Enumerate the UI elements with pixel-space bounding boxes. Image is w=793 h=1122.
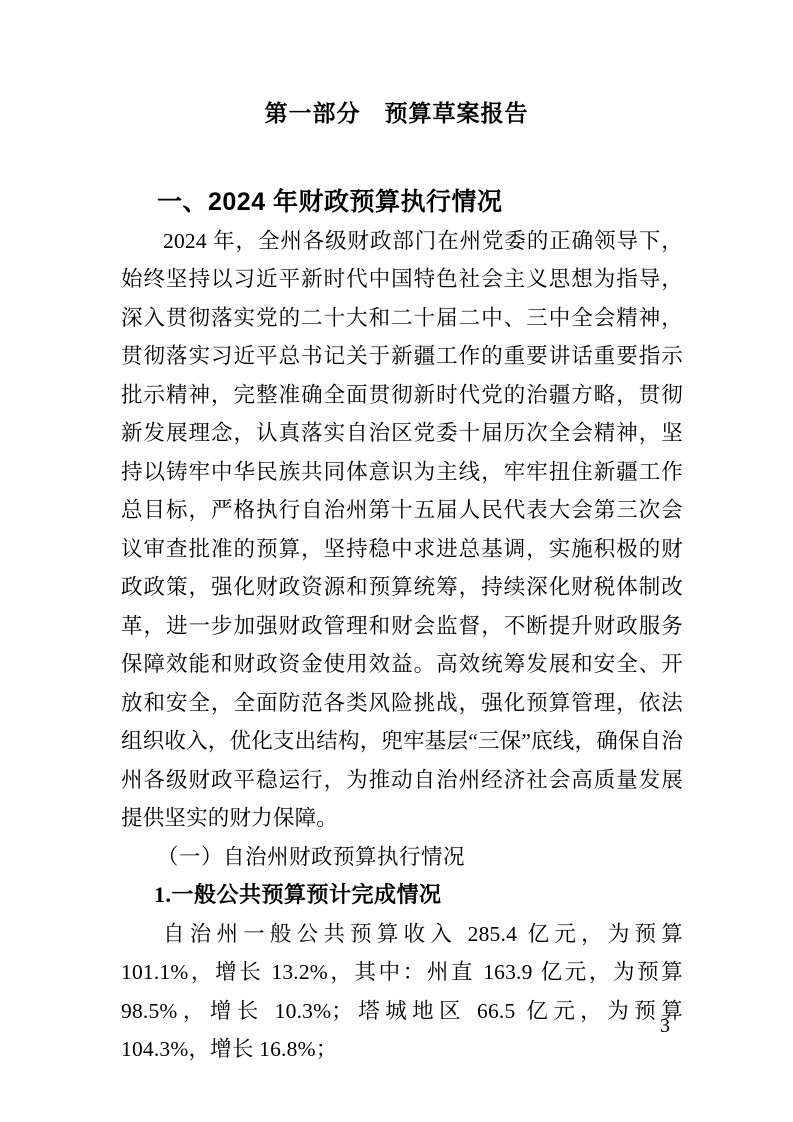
section-heading: 一、2024 年财政预算执行情况 [121, 183, 683, 222]
document-page: 第一部分 预算草案报告 一、2024 年财政预算执行情况 2024 年，全州各级… [0, 0, 793, 1122]
subsection-heading: （一）自治州财政预算执行情况 [121, 838, 683, 877]
numbered-heading: 1.一般公共预算预计完成情况 [121, 876, 683, 915]
document-body: 一、2024 年财政预算执行情况 2024 年，全州各级财政部门在州党委的正确领… [121, 183, 683, 1069]
document-title: 第一部分 预算草案报告 [0, 97, 793, 129]
page-number: 3 [660, 1013, 670, 1039]
paragraph-budget-execution-overview: 2024 年，全州各级财政部门在州党委的正确领导下，始终坚持以习近平新时代中国特… [121, 222, 683, 838]
paragraph-revenue-figures: 自治州一般公共预算收入 285.4 亿元，为预算 101.1%，增长 13.2%… [121, 915, 683, 1069]
